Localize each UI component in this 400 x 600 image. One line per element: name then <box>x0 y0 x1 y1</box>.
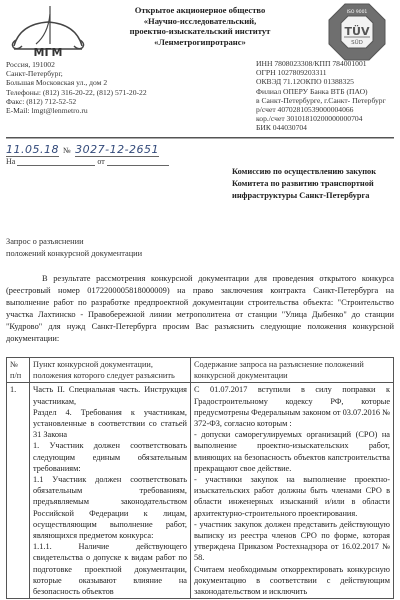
tuv-certification-icon: ISO 9001 TÜV SÜD <box>328 3 386 61</box>
na-blank <box>17 157 95 166</box>
address-line: Санкт-Петербург, <box>6 69 147 78</box>
row-number: 1. <box>7 383 30 599</box>
outgoing-reference: 11.05.18 № 3027-12-2651 <box>6 143 159 157</box>
okved-okpo: ОКВЭД 71.12ОКПО 01388325 <box>256 77 386 86</box>
org-name-line: Открытое акционерное общество <box>100 5 300 16</box>
svg-text:SÜD: SÜD <box>351 39 363 46</box>
request-paragraph: - участник закупок должен представить де… <box>194 519 390 564</box>
svg-text:ISO 9001: ISO 9001 <box>347 9 368 15</box>
svg-text:МГМ: МГМ <box>34 46 63 59</box>
addressee-line: Комитета по развитию транспортной <box>232 178 376 190</box>
request-paragraph: С 01.07.2017 вступили в силу поправки к … <box>194 384 390 429</box>
certification-logo: ISO 9001 TÜV SÜD <box>328 3 386 61</box>
incoming-reference: На от <box>6 157 169 166</box>
org-name-line: «Научно-исследовательский, <box>100 16 300 27</box>
header-divider <box>6 137 394 138</box>
table-header-row: № п/п Пункт конкурсной документации, пол… <box>7 358 394 383</box>
request-paragraph: - участники закупок на выполнение проект… <box>194 474 390 519</box>
section-paragraph: Часть II. Специальная часть. Инструкция … <box>33 384 187 406</box>
addressee-line: инфраструктуры Санкт-Петербурга <box>232 190 376 202</box>
table-row: 1. Часть II. Специальная часть. Инструкц… <box>7 383 394 599</box>
outgoing-number: 3027-12-2651 <box>75 143 159 157</box>
bank-city: в Санкт-Петербурге, г.Санкт- Петербург <box>256 96 386 105</box>
org-name-line: «Ленметрогипротранс» <box>100 37 300 48</box>
address-line: Россия, 191002 <box>6 60 147 69</box>
header-request: Содержание запроса на разъяснение положе… <box>191 358 394 383</box>
clarification-table: № п/п Пункт конкурсной документации, пол… <box>6 357 394 599</box>
organization-name: Открытое акционерное общество «Научно-ис… <box>100 5 300 47</box>
header-number: № п/п <box>7 358 30 383</box>
subject-line: положений конкурсной документации <box>6 248 142 260</box>
section-paragraph: 1.1 Участник должен соответствовать обяз… <box>33 474 187 541</box>
header-section: Пункт конкурсной документации, положения… <box>30 358 191 383</box>
mgm-logo-icon: МГМ <box>8 4 88 60</box>
company-address: Россия, 191002 Санкт-Петербург, Большая … <box>6 60 147 115</box>
section-paragraph: 1. Участник должен соответствовать следу… <box>33 440 187 474</box>
addressee-line: Комиссию по осуществлению закупок <box>232 166 376 178</box>
number-label: № <box>63 146 71 155</box>
bik: БИК 044030704 <box>256 123 386 132</box>
email-line: E-Mail: lmgt@lenmetro.ru <box>6 106 147 115</box>
row-request: С 01.07.2017 вступили в силу поправки к … <box>191 383 394 599</box>
company-logo: МГМ <box>8 4 88 60</box>
outgoing-date: 11.05.18 <box>6 143 59 157</box>
phone-line: Телефоны: (812) 316-20-22, (812) 571-20-… <box>6 88 147 97</box>
section-paragraph: 1.1.1. Наличие действующего свидетельств… <box>33 541 187 597</box>
account: р/счет 40702810539000004066 <box>256 105 386 114</box>
na-label: На <box>6 157 15 166</box>
ogrn: ОГРН 1027809203311 <box>256 68 386 77</box>
svg-text:TÜV: TÜV <box>345 24 370 38</box>
inn-kpp: ИНН 7808023308/КПП 784001001 <box>256 59 386 68</box>
request-paragraph: Считаем необходимым откорректировать кон… <box>194 564 390 598</box>
addressee: Комиссию по осуществлению закупок Комите… <box>232 166 376 202</box>
address-line: Большая Московская ул., дом 2 <box>6 78 147 87</box>
body-paragraph: В результате рассмотрения конкурсной док… <box>6 273 394 345</box>
corr-account: кор./счет 30101810200000000704 <box>256 114 386 123</box>
ot-label: от <box>97 157 104 166</box>
row-section: Часть II. Специальная часть. Инструкция … <box>30 383 191 599</box>
org-name-line: проектно-изыскательский институт <box>100 26 300 37</box>
request-paragraph: - допуски саморегулируемых организаций (… <box>194 429 390 474</box>
ot-blank <box>107 157 169 166</box>
bank-details: ИНН 7808023308/КПП 784001001 ОГРН 102780… <box>256 59 386 133</box>
letter-subject: Запрос о разъяснении положений конкурсно… <box>6 236 142 260</box>
section-paragraph: Раздел 4. Требования к участникам, устан… <box>33 407 187 441</box>
body-text: В результате рассмотрения конкурсной док… <box>6 274 394 343</box>
subject-line: Запрос о разъяснении <box>6 236 142 248</box>
fax-line: Факс: (812) 712-52-52 <box>6 97 147 106</box>
bank-name: Филиал ОПЕРУ Банка ВТБ (ПАО) <box>256 87 386 96</box>
